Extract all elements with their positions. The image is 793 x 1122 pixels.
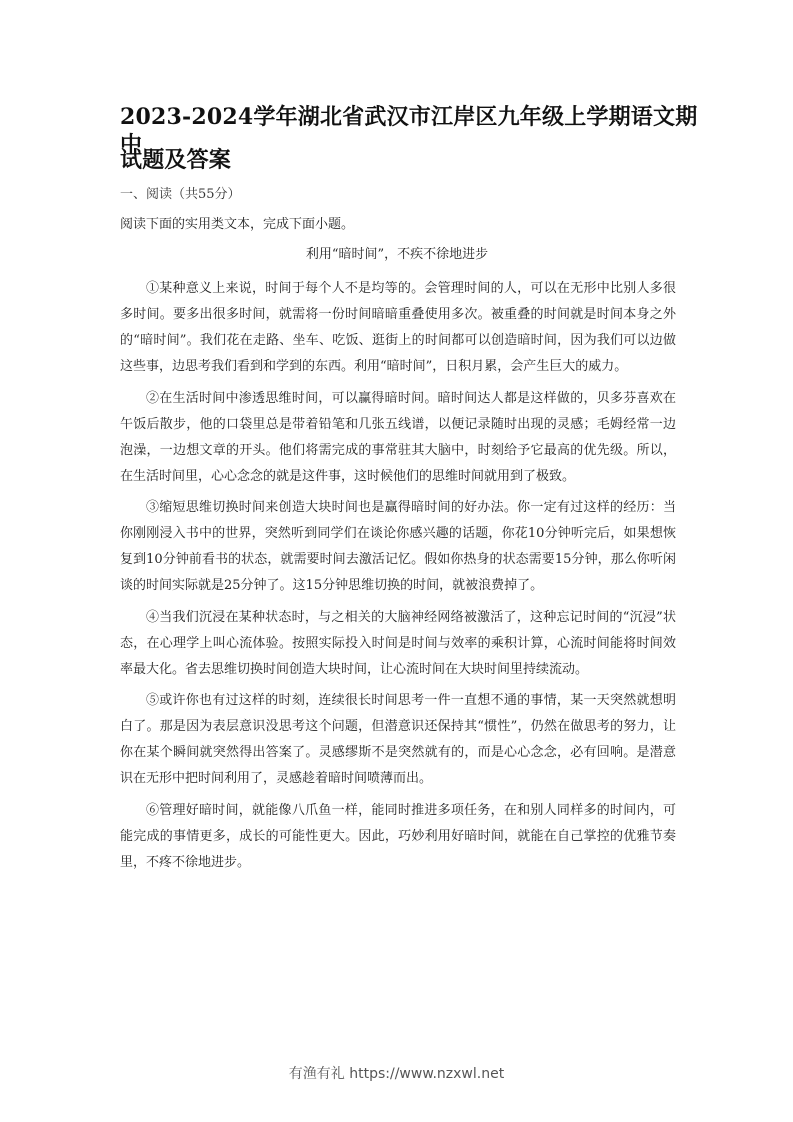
section-heading: 一、阅读（共55分） bbox=[120, 186, 241, 204]
paragraph-4: ④当我们沉浸在某种状态时，与之相关的大脑神经网络被激活了，这种忘记时间的“沉浸”… bbox=[120, 605, 676, 683]
document-page: 2023-2024学年湖北省武汉市江岸区九年级上学期语文期中 试题及答案 一、阅… bbox=[0, 0, 793, 1122]
paragraph-1: ①某种意义上来说，时间于每个人不是均等的。会管理时间的人，可以在无形中比别人多很… bbox=[120, 276, 676, 380]
article-title: 利用“暗时间”，不疾不徐地进步 bbox=[120, 246, 674, 264]
paragraph-2: ②在生活时间中渗透思维时间，可以赢得暗时间。暗时间达人都是这样做的，贝多芬喜欢在… bbox=[120, 386, 676, 490]
footer-watermark: 有渔有礼 https://www.nzxwl.net bbox=[0, 1063, 793, 1083]
instruction-text: 阅读下面的实用类文本，完成下面小题。 bbox=[120, 216, 354, 234]
paragraph-6: ⑥管理好暗时间，就能像八爪鱼一样，能同时推进多项任务，在和别人同样多的时间内，可… bbox=[120, 798, 676, 876]
paragraph-5: ⑤或许你也有过这样的时刻，连续很长时间思考一件一直想不通的事情，某一天突然就想明… bbox=[120, 688, 676, 792]
paragraph-3: ③缩短思维切换时间来创造大块时间也是赢得暗时间的好办法。你一定有过这样的经历：当… bbox=[120, 495, 676, 599]
article-body: ①某种意义上来说，时间于每个人不是均等的。会管理时间的人，可以在无形中比别人多很… bbox=[120, 276, 676, 881]
document-title-line2: 试题及答案 bbox=[120, 146, 700, 174]
